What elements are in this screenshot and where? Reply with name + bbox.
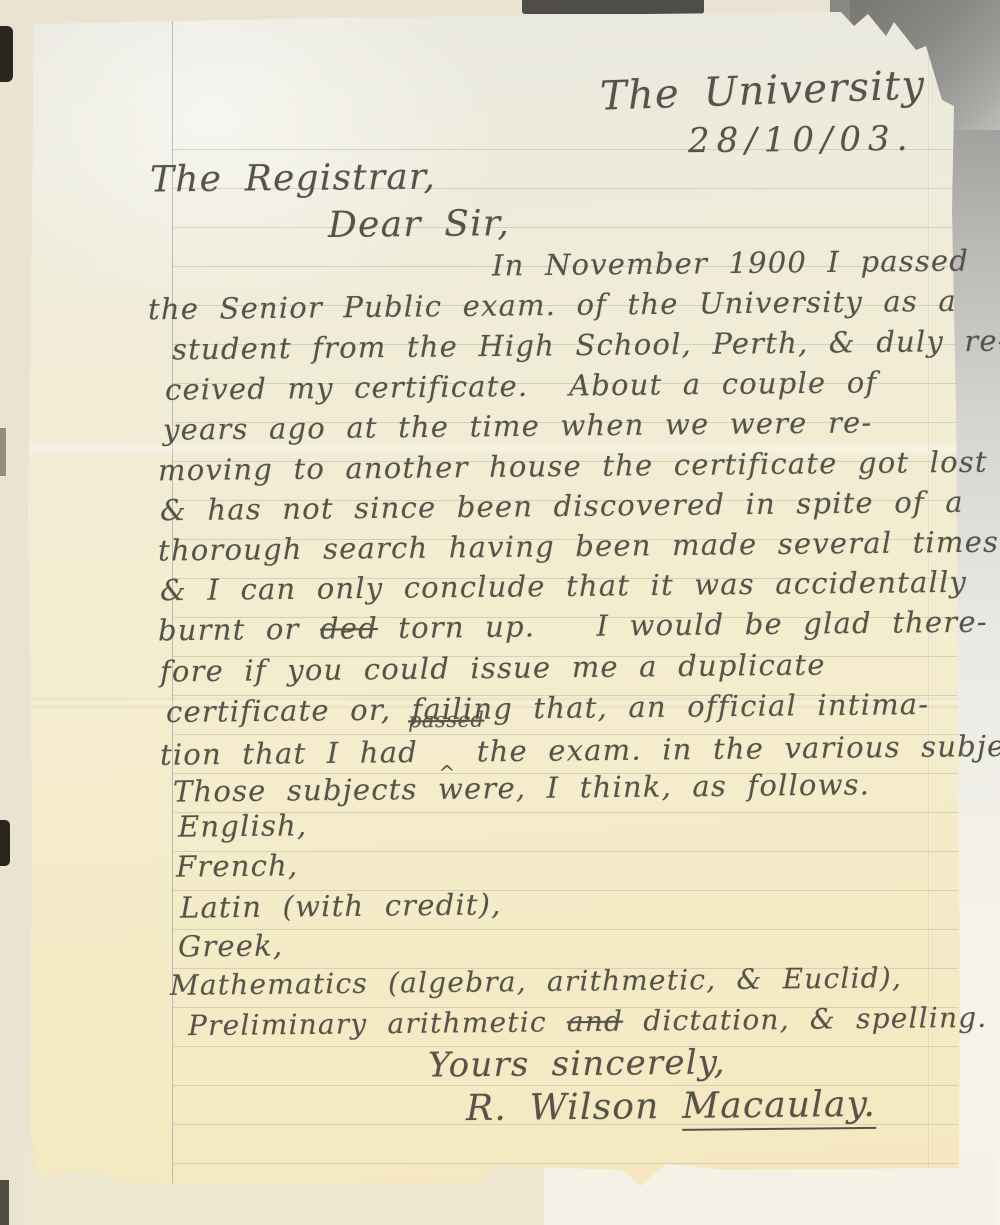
inserted-word: passed [408, 708, 485, 733]
signature-line: R. Wilson Macaulay. [466, 1084, 877, 1129]
body-line: In November 1900 I passed [492, 244, 969, 283]
subject-line: Latin (with credit), [180, 887, 502, 924]
addressee-line: The Registrar, [150, 157, 436, 201]
body-text: Preliminary arithmetic [188, 1005, 567, 1042]
body-text: burnt or [158, 612, 320, 648]
body-text: the exam. in the various subjects. [456, 728, 1000, 768]
struck-word: ded [320, 611, 378, 646]
subject-line: English, [178, 808, 308, 843]
scanner-edge-mark [0, 428, 6, 476]
heading-date-line: 28/10/03. [688, 119, 915, 161]
body-line: fore if you could issue me a duplicate [160, 648, 826, 689]
scanned-letter-page: The University 28/10/03. The Registrar, … [0, 0, 1000, 1225]
struck-word: and [567, 1005, 624, 1039]
body-text: torn up. I would be glad there- [378, 605, 988, 645]
scanner-edge-mark [0, 820, 10, 866]
body-text: tion that I had [160, 735, 439, 772]
closing-line: Yours sincerely, [428, 1042, 726, 1085]
subject-line: French, [176, 848, 299, 883]
signature-given-name: R. Wilson [466, 1086, 683, 1129]
scanner-edge-mark [0, 1180, 9, 1225]
salutation-line: Dear Sir, [328, 203, 510, 246]
subject-line: Greek, [178, 928, 284, 963]
scanner-edge-shadow [522, 0, 704, 14]
scanner-edge-mark [0, 26, 13, 82]
signature-surname: Macaulay. [682, 1084, 876, 1131]
body-text: dictation, & spelling. [623, 1001, 988, 1038]
